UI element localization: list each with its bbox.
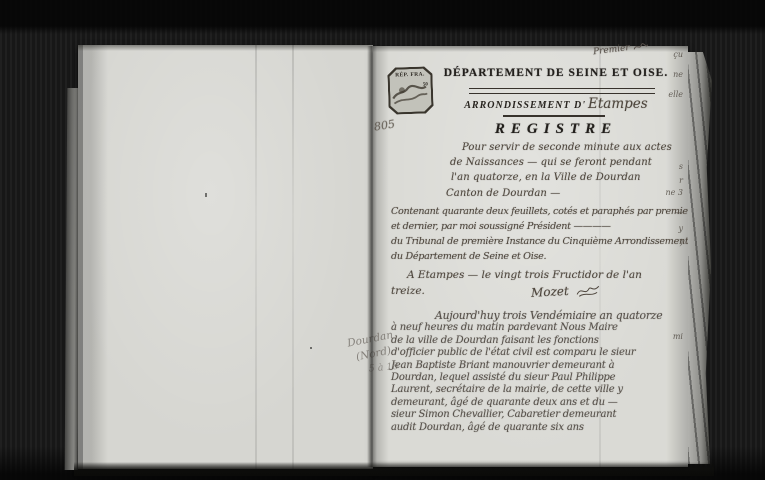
register-title: REGISTRE (439, 121, 673, 138)
page-edge-text-fragment: ne 3 (665, 188, 683, 197)
premier-annotation: Premier (593, 41, 649, 58)
page-edge-text-fragment: — (675, 208, 683, 217)
stamp-vignette-icon (390, 77, 431, 108)
handwritten-line: de la ville de Dourdan faisant les fonct… (391, 335, 671, 347)
page-edge-text-fragment: y (678, 224, 683, 233)
handwritten-line: Aujourd'huy trois Vendémiaire an quatorz… (391, 310, 671, 322)
handwritten-line: sieur Simon Chevallier, Cabaretier demeu… (391, 409, 671, 421)
handwritten-line: Laurent, secrétaire de la mairie, de cet… (391, 384, 671, 396)
paraph-flourish-icon (632, 41, 649, 53)
attestation-paragraph: Contenant quarante deux feuillets, cotés… (391, 204, 669, 264)
arrondissement-value: Etampes (588, 96, 648, 112)
page-edge-text-fragment: r (679, 176, 683, 185)
single-rule (503, 115, 605, 117)
place-date-lines: A Etampes — le vingt trois Fructidor de … (391, 267, 669, 299)
page-edge-text-fragment: ) (680, 238, 683, 247)
left-blank-page (78, 45, 373, 469)
arrondissement-label: ARRONDISSEMENT D' (464, 100, 586, 111)
page-edge-text-fragment: ne (673, 70, 683, 79)
handwritten-line: demeurant, âgé de quarante deux ans et d… (391, 397, 671, 409)
birth-act-paragraph: Aujourd'huy trois Vendémiaire an quatorz… (391, 310, 671, 434)
handwritten-line: du Tribunal de première Instance du Cinq… (391, 234, 669, 249)
revenue-stamp: RÉP. FRA. 50 (387, 66, 434, 115)
handwritten-line: Dourdan, lequel assisté du sieur Paul Ph… (391, 372, 671, 384)
ink-speck (205, 193, 207, 197)
book-gutter-shadow (367, 46, 377, 467)
scanned-register-photo: Premier RÉP. FRA. 50 805 DÉPARTEMENT DE … (0, 0, 765, 480)
handwritten-line: l'an quatorze, en la Ville de Dourdan (398, 170, 666, 185)
fore-edge-text-fragments: çuneellesrne 3—y)mi (655, 46, 687, 456)
page-fold-line (255, 45, 257, 469)
page-edge-text-fragment: elle (668, 90, 683, 99)
handwritten-line: Jean Baptiste Briant manouvrier demeuran… (391, 360, 671, 372)
arrondissement-line: ARRONDISSEMENT D'Etampes (439, 95, 673, 113)
register-title-page: Premier RÉP. FRA. 50 805 DÉPARTEMENT DE … (373, 46, 688, 467)
department-heading: DÉPARTEMENT DE SEINE ET OISE. (439, 67, 673, 79)
ink-speck (310, 347, 312, 349)
handwritten-line: et dernier, par moi soussigné Président … (391, 219, 669, 234)
double-rule (469, 88, 655, 94)
register-purpose-paragraph: Pour servir de seconde minute aux actesd… (398, 140, 666, 201)
signature-name: Mozet (531, 284, 569, 300)
handwritten-line: du Département de Seine et Oise. (391, 249, 669, 264)
handwritten-line: Canton de Dourdan — (398, 186, 666, 201)
handwritten-line: Contenant quarante deux feuillets, cotés… (391, 204, 669, 219)
book-bottom-edge (74, 462, 714, 476)
handwritten-line: de Naissances — qui se feront pendant (398, 155, 666, 170)
page-edge-text-fragment: mi (673, 332, 683, 341)
page-edge-text-fragment: çu (673, 50, 683, 59)
handwritten-line: A Etampes — le vingt trois Fructidor de … (391, 267, 669, 283)
page-fold-line (292, 45, 294, 469)
handwritten-line: d'officier public de l'état civil est co… (391, 347, 671, 359)
page-edge-text-fragment: s (679, 162, 683, 171)
signature-flourish-icon (574, 283, 601, 298)
handwritten-line: à neuf heures du matin pardevant Nous Ma… (391, 322, 671, 334)
handwritten-line: audit Dourdan, âgé de quarante six ans (391, 422, 671, 434)
book-fore-edge (688, 52, 712, 464)
handwritten-line: Pour servir de seconde minute aux actes (398, 140, 666, 155)
